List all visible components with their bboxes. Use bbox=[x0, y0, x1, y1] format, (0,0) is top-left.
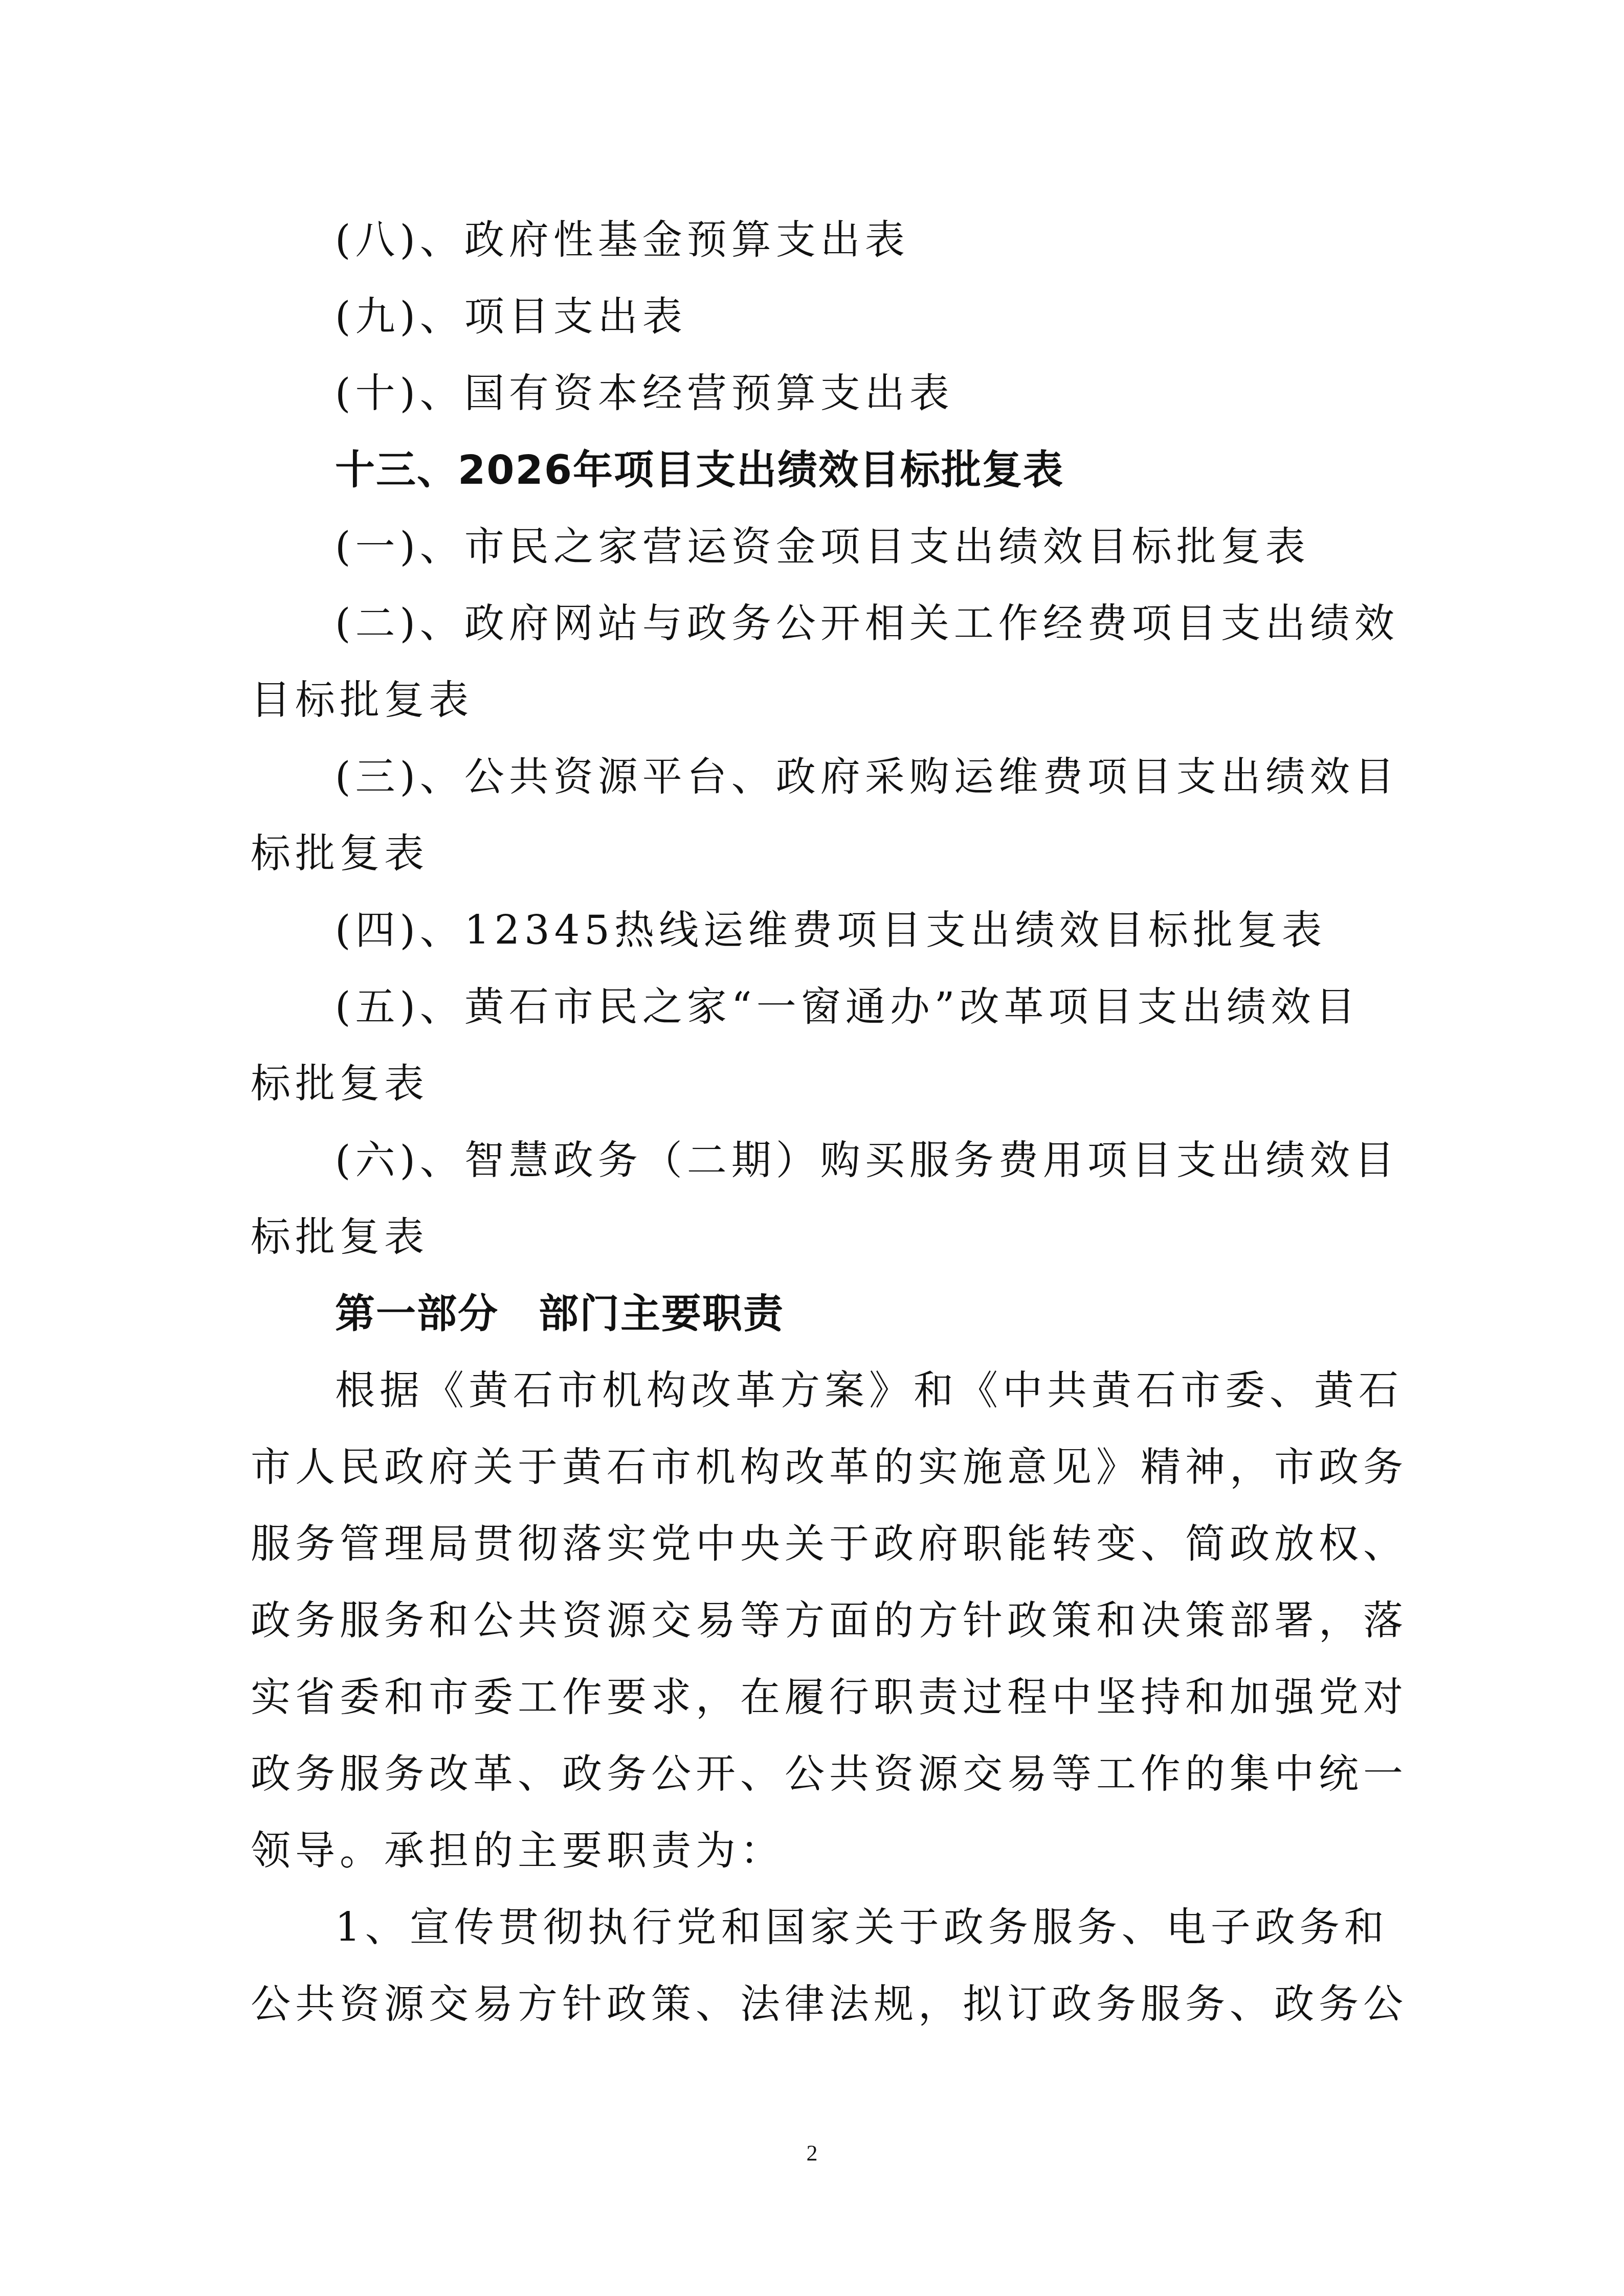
intro-paragraph-line-5: 实省委和市委工作要求，在履行职责过程中坚持和加强党对 bbox=[251, 1659, 1381, 1736]
intro-paragraph-line-7: 领导。承担的主要职责为： bbox=[251, 1813, 1381, 1889]
part-one-title: 部门主要职责 bbox=[539, 1291, 784, 1337]
section-13-item-2: (二)、政府网站与政务公开相关工作经费项目支出绩效 bbox=[251, 586, 1381, 662]
list-item-state-capital-table: (十)、国有资本经营预算支出表 bbox=[251, 355, 1381, 432]
part-one-heading: 第一部分部门主要职责 bbox=[251, 1276, 1381, 1353]
intro-paragraph-line-3: 服务管理局贯彻落实党中央关于政府职能转变、简政放权、 bbox=[251, 1506, 1381, 1583]
document-body: (八)、政府性基金预算支出表 (九)、项目支出表 (十)、国有资本经营预算支出表… bbox=[251, 202, 1381, 2043]
intro-paragraph-line-4: 政务服务和公共资源交易等方面的方针政策和决策部署，落 bbox=[251, 1583, 1381, 1659]
section-13-item-5: (五)、黄石市民之家“一窗通办”改革项目支出绩效目 bbox=[251, 969, 1381, 1046]
section-13-item-6: (六)、智慧政务（二期）购买服务费用项目支出绩效目 bbox=[251, 1122, 1381, 1199]
section-13-item-3-cont: 标批复表 bbox=[251, 816, 1381, 892]
duty-1-line-2: 公共资源交易方针政策、法律法规，拟订政务服务、政务公 bbox=[251, 1966, 1381, 2043]
section-13-item-1: (一)、市民之家营运资金项目支出绩效目标批复表 bbox=[251, 509, 1381, 586]
intro-paragraph-line-1: 根据《黄石市机构改革方案》和《中共黄石市委、黄石 bbox=[251, 1353, 1381, 1429]
section-13-heading: 十三、2026年项目支出绩效目标批复表 bbox=[251, 432, 1381, 509]
part-one-label: 第一部分 bbox=[335, 1291, 499, 1337]
list-item-budget-fund-table: (八)、政府性基金预算支出表 bbox=[251, 202, 1381, 279]
section-13-item-4: (四)、12345热线运维费项目支出绩效目标批复表 bbox=[251, 892, 1381, 969]
section-13-item-5-cont: 标批复表 bbox=[251, 1046, 1381, 1122]
section-13-item-3: (三)、公共资源平台、政府采购运维费项目支出绩效目 bbox=[251, 739, 1381, 816]
document-page: (八)、政府性基金预算支出表 (九)、项目支出表 (十)、国有资本经营预算支出表… bbox=[0, 0, 1624, 2296]
intro-paragraph-line-2: 市人民政府关于黄石市机构改革的实施意见》精神，市政务 bbox=[251, 1429, 1381, 1506]
section-13-item-2-cont: 目标批复表 bbox=[251, 662, 1381, 739]
section-13-item-6-cont: 标批复表 bbox=[251, 1199, 1381, 1276]
list-item-project-expenditure-table: (九)、项目支出表 bbox=[251, 279, 1381, 355]
duty-1-line-1: 1、宣传贯彻执行党和国家关于政务服务、电子政务和 bbox=[251, 1889, 1381, 1966]
intro-paragraph-line-6: 政务服务改革、政务公开、公共资源交易等工作的集中统一 bbox=[251, 1736, 1381, 1813]
page-number: 2 bbox=[0, 2140, 1624, 2166]
